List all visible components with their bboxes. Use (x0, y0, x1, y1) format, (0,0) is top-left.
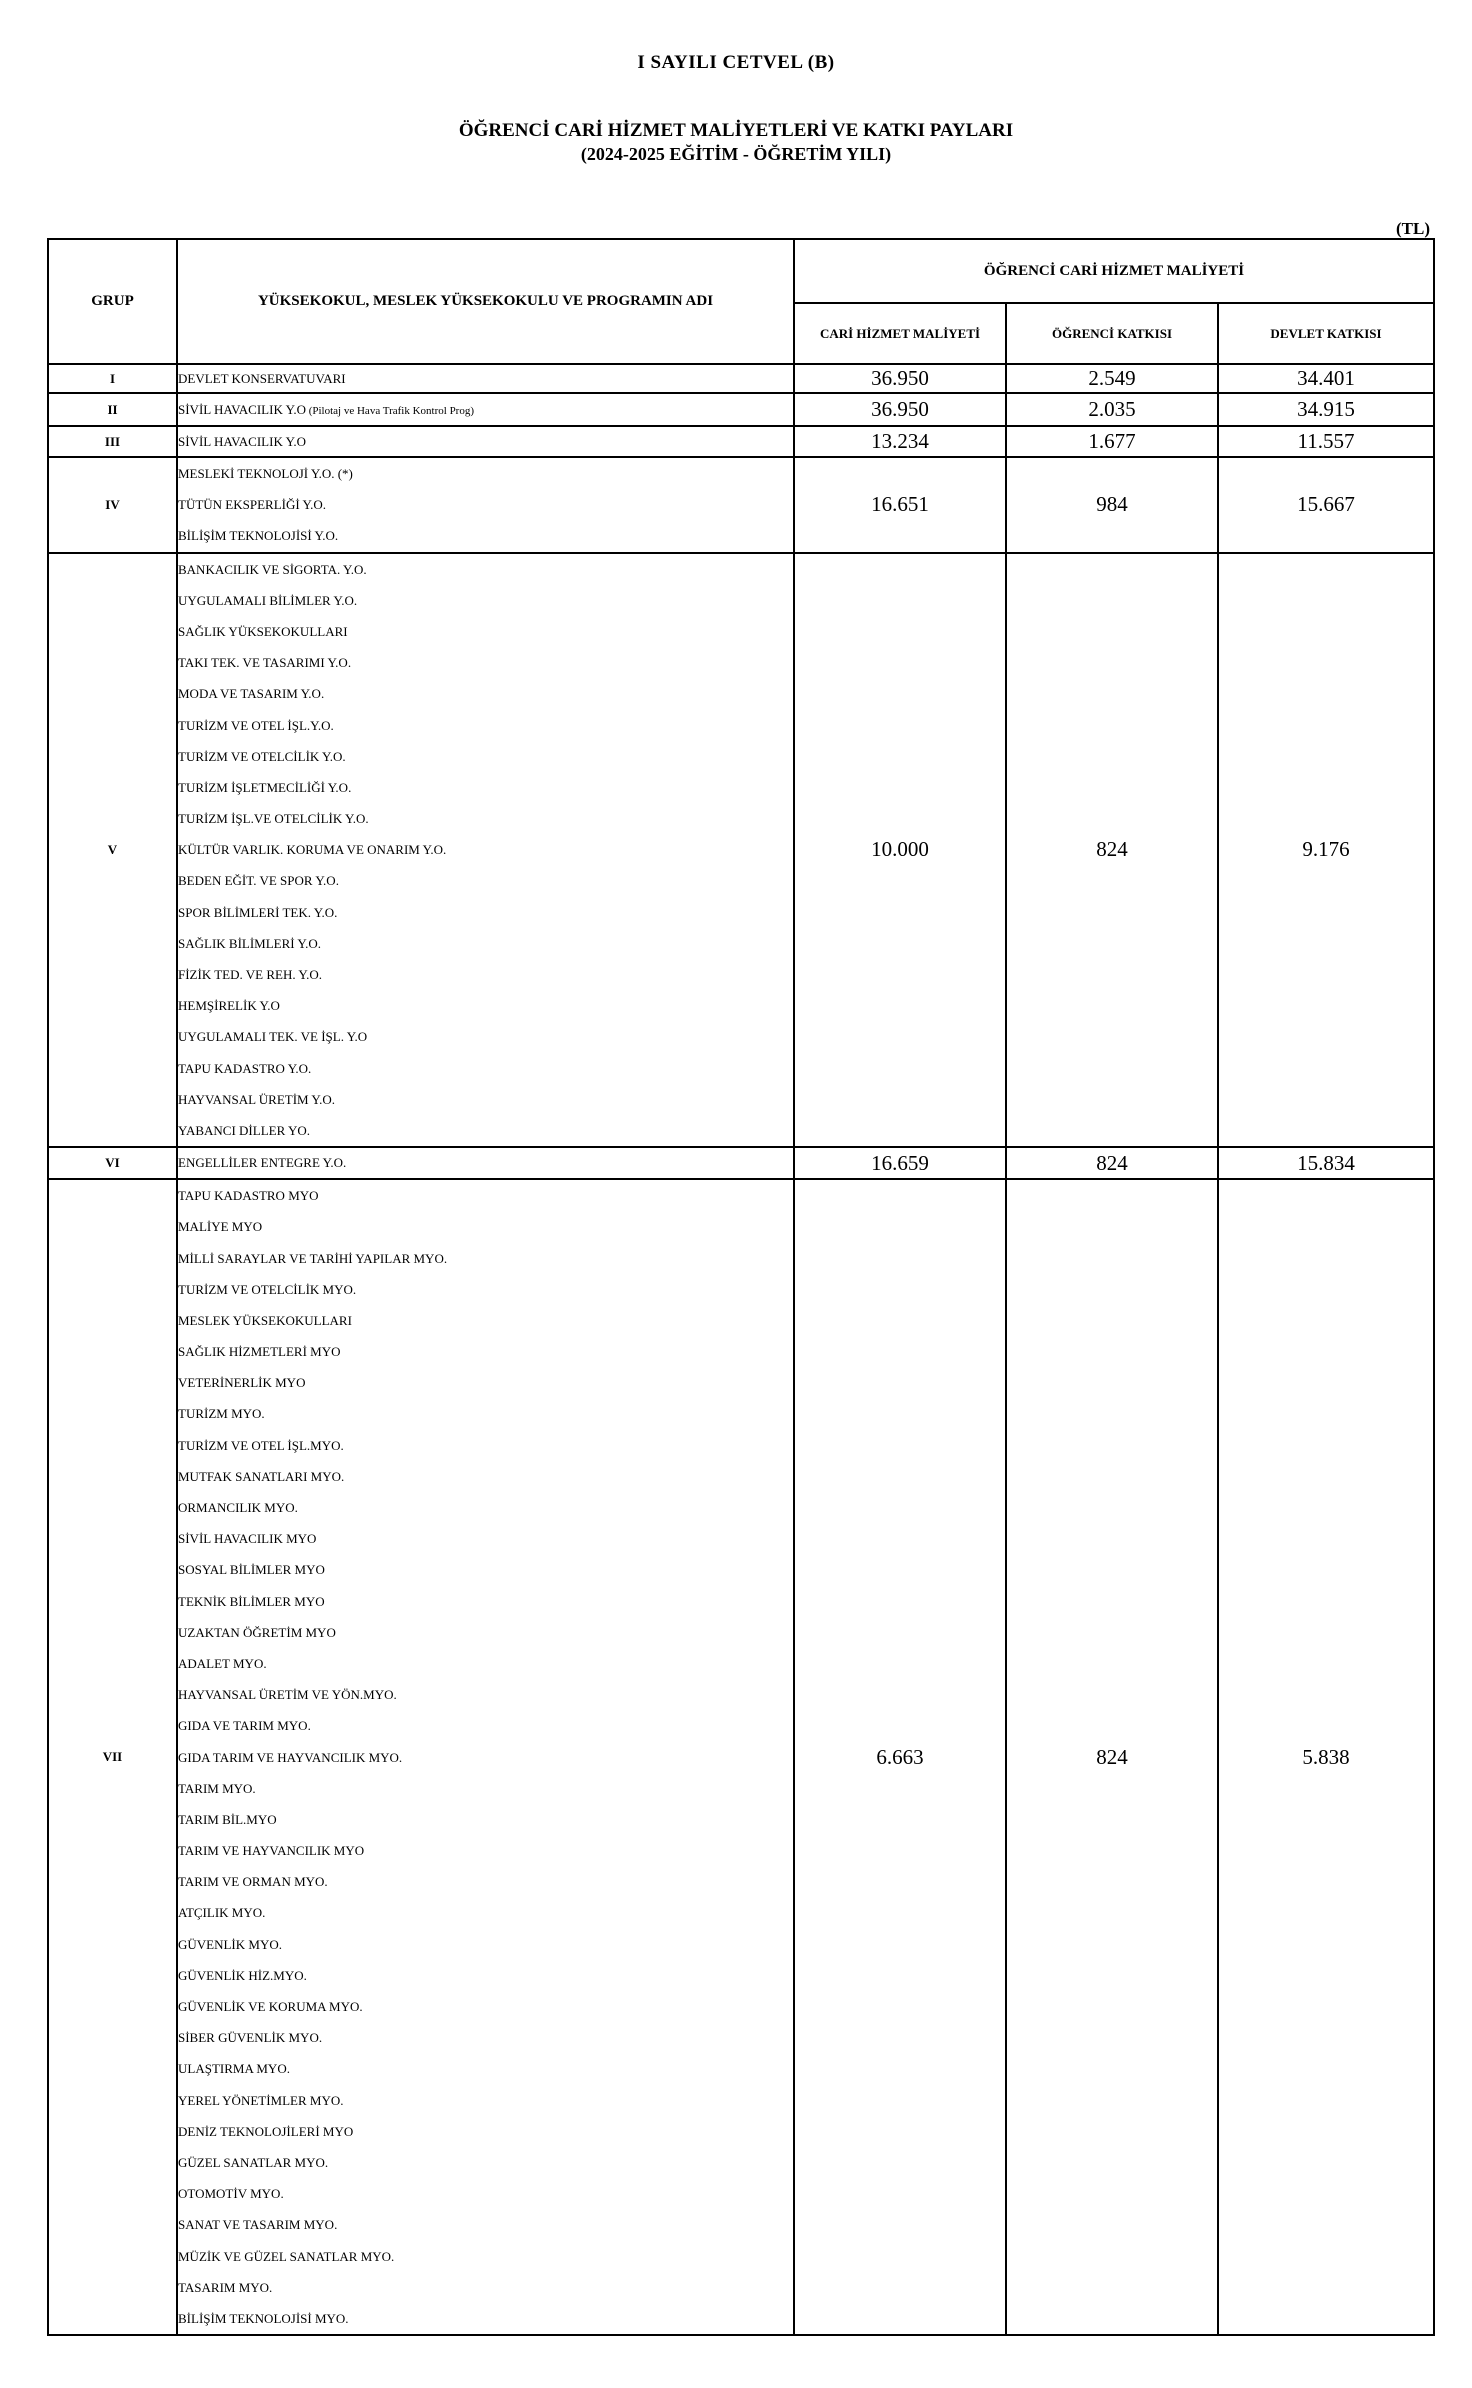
program-name: SİVİL HAVACILIK Y.O (178, 434, 306, 449)
program-name: TARIM VE ORMAN MYO. (178, 1866, 793, 1897)
student-share-cell: 2.549 (1006, 364, 1218, 393)
program-name: MALİYE MYO (178, 1211, 793, 1242)
program-name: ORMANCILIK MYO. (178, 1492, 793, 1523)
program-name: HAYVANSAL ÜRETİM Y.O. (178, 1084, 793, 1115)
program-name: UZAKTAN ÖĞRETİM MYO (178, 1617, 793, 1648)
program-name: TURİZM VE OTELCİLİK MYO. (178, 1274, 793, 1305)
program-name: MUTFAK SANATLARI MYO. (178, 1461, 793, 1492)
program-name: TÜTÜN EKSPERLİĞİ Y.O. (178, 489, 793, 520)
document-subheading: (2024-2025 EĞİTİM - ÖĞRETİM YILI) (0, 144, 1472, 165)
program-name: BEDEN EĞİT. VE SPOR Y.O. (178, 865, 793, 896)
program-name: DENİZ TEKNOLOJİLERİ MYO (178, 2116, 793, 2147)
group-cell: IV (48, 457, 177, 553)
program-name: SAĞLIK BİLİMLERİ Y.O. (178, 928, 793, 959)
cost-cell: 6.663 (794, 1179, 1006, 2335)
program-name: FİZİK TED. VE REH. Y.O. (178, 959, 793, 990)
document-heading: ÖĞRENCİ CARİ HİZMET MALİYETLERİ VE KATKI… (0, 120, 1472, 142)
program-name: YABANCI DİLLER YO. (178, 1115, 793, 1146)
program-name: SİVİL HAVACILIK MYO (178, 1523, 793, 1554)
group-cell: II (48, 393, 177, 426)
document-title: I SAYILI CETVEL (B) (0, 52, 1472, 74)
state-share-cell: 5.838 (1218, 1179, 1434, 2335)
cost-cell: 16.651 (794, 457, 1006, 553)
table-row: IDEVLET KONSERVATUVARI36.9502.54934.401 (48, 364, 1434, 393)
program-name: SAĞLIK HİZMETLERİ MYO (178, 1336, 793, 1367)
program-name: UYGULAMALI TEK. VE İŞL. Y.O (178, 1021, 793, 1052)
program-names-cell: DEVLET KONSERVATUVARI (177, 364, 794, 393)
program-name: MESLEK YÜKSEKOKULLARI (178, 1305, 793, 1336)
program-name: TURİZM VE OTEL İŞL.MYO. (178, 1430, 793, 1461)
table-row: VBANKACILIK VE SİGORTA. Y.O.UYGULAMALI B… (48, 553, 1434, 1148)
program-name: UYGULAMALI BİLİMLER Y.O. (178, 585, 793, 616)
header-name: YÜKSEKOKUL, MESLEK YÜKSEKOKULU VE PROGRA… (177, 239, 794, 364)
table-row: VIENGELLİLER ENTEGRE Y.O.16.65982415.834 (48, 1147, 1434, 1179)
group-cell: III (48, 426, 177, 457)
group-cell: VII (48, 1179, 177, 2335)
state-share-cell: 34.915 (1218, 393, 1434, 426)
student-share-cell: 1.677 (1006, 426, 1218, 457)
header-group: GRUP (48, 239, 177, 364)
student-share-cell: 2.035 (1006, 393, 1218, 426)
program-name: TARIM VE HAYVANCILIK MYO (178, 1835, 793, 1866)
program-name: ENGELLİLER ENTEGRE Y.O. (178, 1155, 346, 1170)
program-name: TURİZM VE OTEL İŞL.Y.O. (178, 710, 793, 741)
program-name: SAĞLIK YÜKSEKOKULLARI (178, 616, 793, 647)
program-name: KÜLTÜR VARLIK. KORUMA VE ONARIM Y.O. (178, 834, 793, 865)
currency-unit-label: (TL) (1396, 219, 1430, 239)
program-name: SOSYAL BİLİMLER MYO (178, 1554, 793, 1585)
program-name: GÜVENLİK VE KORUMA MYO. (178, 1991, 793, 2022)
table-row: IVMESLEKİ TEKNOLOJİ Y.O. (*)TÜTÜN EKSPER… (48, 457, 1434, 553)
program-name: GÜVENLİK MYO. (178, 1929, 793, 1960)
program-name: VETERİNERLİK MYO (178, 1367, 793, 1398)
header-state-share: DEVLET KATKISI (1218, 303, 1434, 364)
program-name: TAPU KADASTRO Y.O. (178, 1053, 793, 1084)
header-cost-group: ÖĞRENCİ CARİ HİZMET MALİYETİ (794, 239, 1434, 303)
program-name: SİBER GÜVENLİK MYO. (178, 2022, 793, 2053)
program-name: MESLEKİ TEKNOLOJİ Y.O. (*) (178, 458, 793, 489)
program-name: TARIM BİL.MYO (178, 1804, 793, 1835)
program-name: TURİZM İŞL.VE OTELCİLİK Y.O. (178, 803, 793, 834)
program-name: HAYVANSAL ÜRETİM VE YÖN.MYO. (178, 1679, 793, 1710)
cost-cell: 36.950 (794, 364, 1006, 393)
table-row: IIISİVİL HAVACILIK Y.O13.2341.67711.557 (48, 426, 1434, 457)
cost-table: GRUP YÜKSEKOKUL, MESLEK YÜKSEKOKULU VE P… (47, 238, 1435, 2336)
program-names-cell: SİVİL HAVACILIK Y.O (177, 426, 794, 457)
group-cell: I (48, 364, 177, 393)
cost-cell: 10.000 (794, 553, 1006, 1148)
program-name: BİLİŞİM TEKNOLOJİSİ MYO. (178, 2303, 793, 2334)
header-student-share: ÖĞRENCİ KATKISI (1006, 303, 1218, 364)
program-name: TARIM MYO. (178, 1773, 793, 1804)
program-name: MÜZİK VE GÜZEL SANATLAR MYO. (178, 2241, 793, 2272)
program-name: TURİZM VE OTELCİLİK Y.O. (178, 741, 793, 772)
program-names-cell: BANKACILIK VE SİGORTA. Y.O.UYGULAMALI Bİ… (177, 553, 794, 1148)
program-name: TAKI TEK. VE TASARIMI Y.O. (178, 647, 793, 678)
table-row: VIITAPU KADASTRO MYOMALİYE MYOMİLLİ SARA… (48, 1179, 1434, 2335)
state-share-cell: 11.557 (1218, 426, 1434, 457)
table-body: IDEVLET KONSERVATUVARI36.9502.54934.401I… (48, 364, 1434, 2335)
program-name: GIDA VE TARIM MYO. (178, 1710, 793, 1741)
cost-cell: 13.234 (794, 426, 1006, 457)
program-name: DEVLET KONSERVATUVARI (178, 371, 346, 386)
program-name: GIDA TARIM VE HAYVANCILIK MYO. (178, 1742, 793, 1773)
program-name: MODA VE TASARIM Y.O. (178, 678, 793, 709)
state-share-cell: 15.834 (1218, 1147, 1434, 1179)
state-share-cell: 9.176 (1218, 553, 1434, 1148)
student-share-cell: 824 (1006, 553, 1218, 1148)
program-name: GÜZEL SANATLAR MYO. (178, 2147, 793, 2178)
program-names-cell: ENGELLİLER ENTEGRE Y.O. (177, 1147, 794, 1179)
student-share-cell: 824 (1006, 1179, 1218, 2335)
header-cost: CARİ HİZMET MALİYETİ (794, 303, 1006, 364)
student-share-cell: 824 (1006, 1147, 1218, 1179)
program-name: ADALET MYO. (178, 1648, 793, 1679)
program-name: GÜVENLİK HİZ.MYO. (178, 1960, 793, 1991)
program-name: MİLLİ SARAYLAR VE TARİHİ YAPILAR MYO. (178, 1243, 793, 1274)
program-name: ULAŞTIRMA MYO. (178, 2053, 793, 2084)
program-name: OTOMOTİV MYO. (178, 2178, 793, 2209)
student-share-cell: 984 (1006, 457, 1218, 553)
program-name: TEKNİK BİLİMLER MYO (178, 1586, 793, 1617)
state-share-cell: 15.667 (1218, 457, 1434, 553)
program-name: SİVİL HAVACILIK Y.O (178, 402, 306, 417)
program-name: BİLİŞİM TEKNOLOJİSİ Y.O. (178, 520, 793, 551)
table-row: IISİVİL HAVACILIK Y.O (Pilotaj ve Hava T… (48, 393, 1434, 426)
program-name: BANKACILIK VE SİGORTA. Y.O. (178, 554, 793, 585)
program-name: ATÇILIK MYO. (178, 1897, 793, 1928)
program-note: (Pilotaj ve Hava Trafik Kontrol Prog) (306, 405, 474, 417)
program-names-cell: SİVİL HAVACILIK Y.O (Pilotaj ve Hava Tra… (177, 393, 794, 426)
cost-cell: 16.659 (794, 1147, 1006, 1179)
group-cell: V (48, 553, 177, 1148)
cost-cell: 36.950 (794, 393, 1006, 426)
group-cell: VI (48, 1147, 177, 1179)
program-name: SPOR BİLİMLERİ TEK. Y.O. (178, 897, 793, 928)
program-name: TAPU KADASTRO MYO (178, 1180, 793, 1211)
program-name: YEREL YÖNETİMLER MYO. (178, 2085, 793, 2116)
program-names-cell: TAPU KADASTRO MYOMALİYE MYOMİLLİ SARAYLA… (177, 1179, 794, 2335)
program-name: HEMŞİRELİK Y.O (178, 990, 793, 1021)
program-name: TURİZM İŞLETMECİLİĞİ Y.O. (178, 772, 793, 803)
program-name: SANAT VE TASARIM MYO. (178, 2209, 793, 2240)
state-share-cell: 34.401 (1218, 364, 1434, 393)
program-name: TASARIM MYO. (178, 2272, 793, 2303)
program-name: TURİZM MYO. (178, 1398, 793, 1429)
program-names-cell: MESLEKİ TEKNOLOJİ Y.O. (*)TÜTÜN EKSPERLİ… (177, 457, 794, 553)
